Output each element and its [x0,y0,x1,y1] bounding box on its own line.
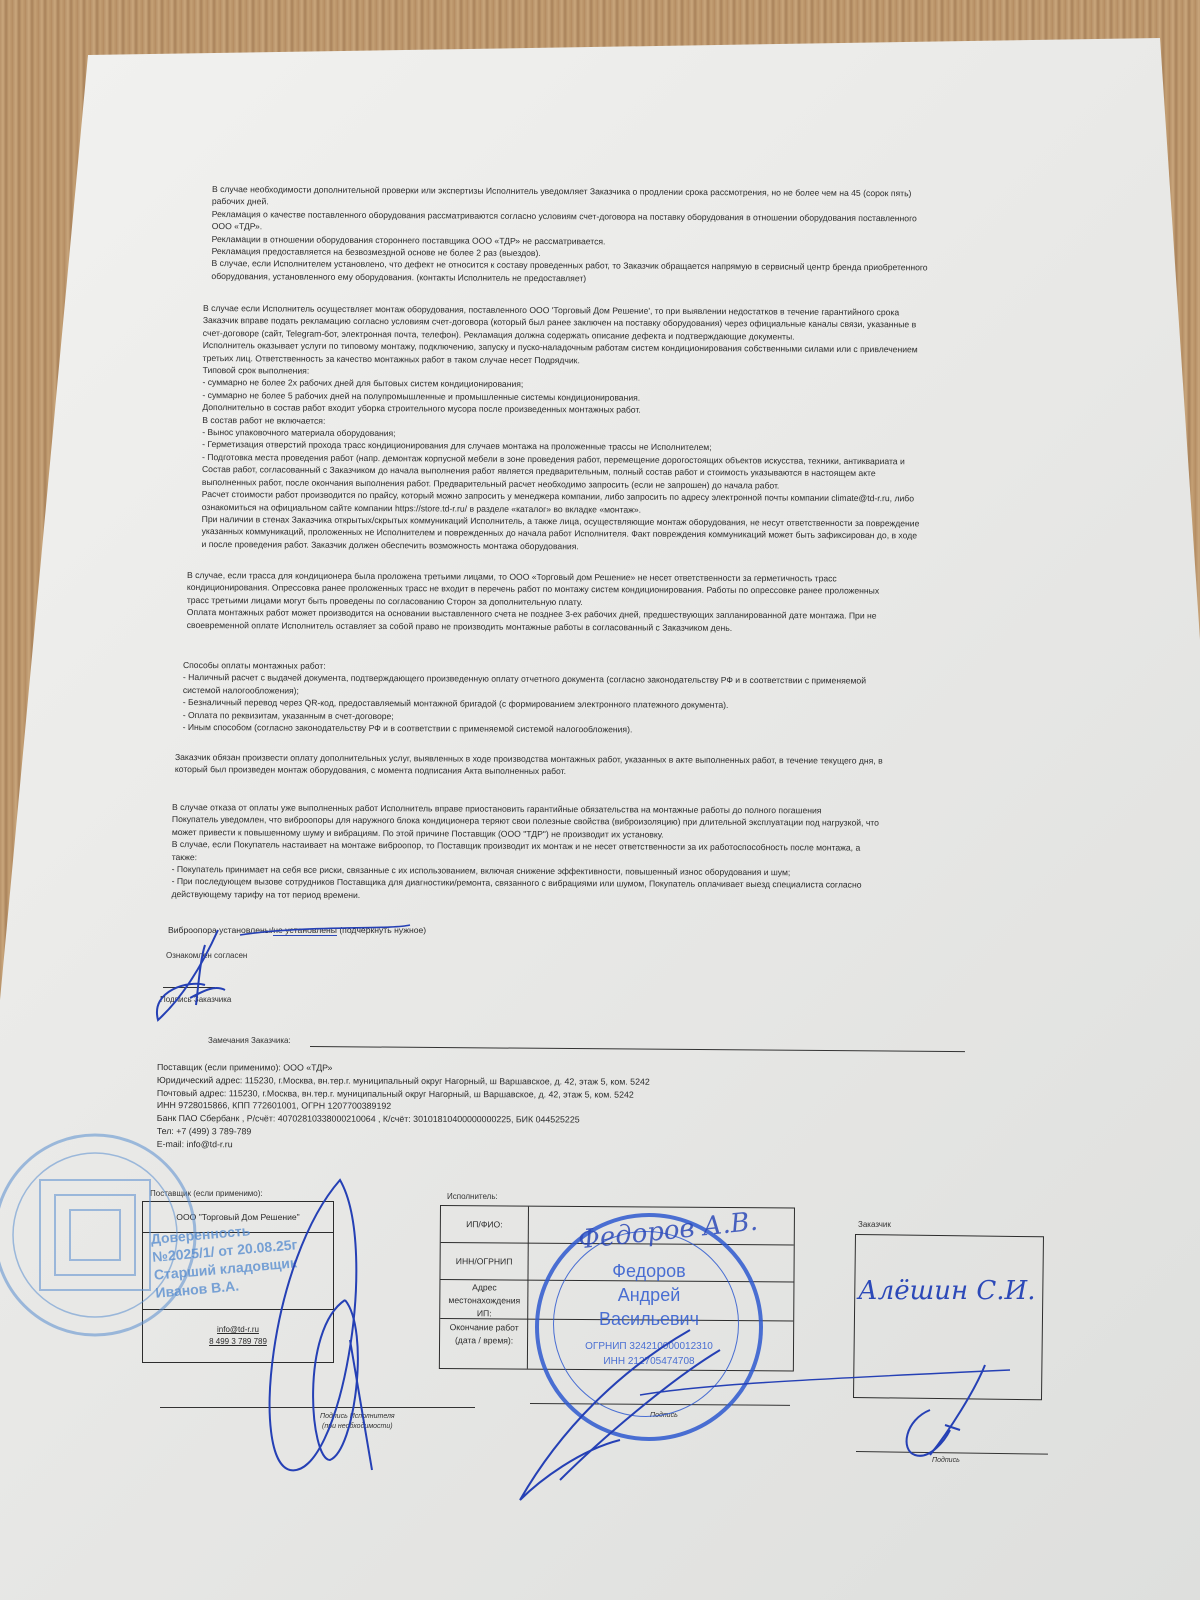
payment-methods-section: Способы оплаты монтажных работ: - Наличн… [183,659,867,737]
customer-signature-line [163,987,215,988]
contractor-name-label: ИП/ФИО: [441,1218,528,1232]
additional-services-section: Заказчик обязан произвести оплату дополн… [175,751,883,780]
customer-remarks-label: Замечания Заказчика: [208,1035,291,1047]
stamp-surname: Федоров [539,1259,759,1283]
contractor-inn-label: ИНН/ОГРНИП [441,1255,528,1269]
warranty-review-section: В случае необходимости дополнительной пр… [211,183,928,287]
supplier-phone-link[interactable]: 8 499 3 789 789 [143,1336,333,1347]
contractor-address-label: Адрес местонахождения ИП: [444,1281,524,1321]
contractor-box-title: Исполнитель: [447,1191,498,1203]
customer-handwritten-name: Алёшин С.И. [858,1285,1036,1297]
contractor-signature-note: (при необходимости) [322,1421,393,1433]
installation-terms-section: В случае если Исполнитель осуществляет м… [201,302,920,555]
supplier-email-link[interactable]: info@td-r.ru [143,1324,333,1335]
stamp-inn: ИНН 212705474708 [539,1355,759,1369]
pipe-and-payment-section: В случае, если трасса для кондиционера б… [187,569,880,635]
supplier-box-title: Поставщик (если применимо): [150,1188,263,1200]
customer-signature-label: Подпись Заказчика [160,994,231,1006]
acknowledged-label: Ознакомлен согласен [166,950,247,962]
vibration-mounts-choice: Виброопора установлены/не установлены (п… [168,924,426,936]
legal-address: Юридический адрес: 115230, г.Москва, вн.… [157,1074,650,1089]
customer-signature-label-2: Подпись [932,1455,960,1467]
work-end-label: Окончание работ (дата / время): [444,1321,524,1348]
document: В случае необходимости дополнительной пр… [0,0,1200,1600]
customer-box-title: Заказчик [858,1219,891,1231]
stamp-ogrnip: ОГРНИП 324210000012310 [539,1339,759,1355]
choice-prefix: Виброопора установлены/ [168,925,273,935]
contractor-signature-line [160,1407,475,1408]
choice-suffix: (подчеркнуть нужное) [337,925,426,935]
customer-remarks-field[interactable] [310,1046,965,1052]
choice-selected[interactable]: не установлены [273,925,337,936]
text-line: - Иным способом (согласно законодательст… [183,721,866,737]
stamp-name: Андрей [539,1283,759,1307]
supplier-power-of-attorney-stamp: Доверенность №2025/1/ от 20.08.25г Старш… [150,1217,301,1301]
customer-box [853,1234,1044,1400]
supplier-requisites: Поставщик (если применимо): ООО «ТДР» Юр… [157,1061,650,1152]
stamp-patronymic: Васильевич [539,1307,759,1331]
email: E-mail: info@td-r.ru [157,1138,650,1153]
vibration-mounts-section: В случае отказа от оплаты уже выполненны… [171,801,879,904]
